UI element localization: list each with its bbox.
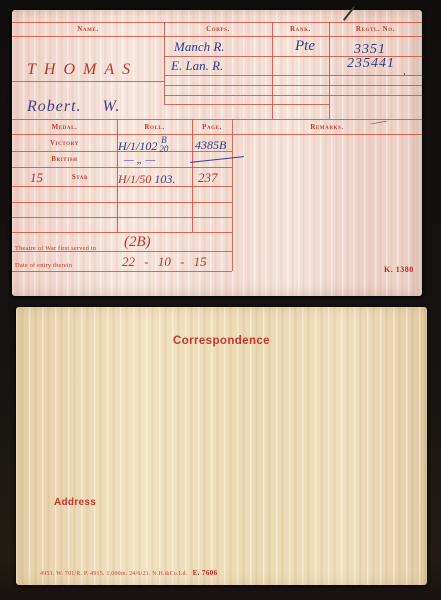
printer-imprint-code: E. 7606 bbox=[193, 569, 218, 577]
printer-imprint-text: 4951. W. 701/R. P. 4915. 1,000m. 24/6/21… bbox=[40, 571, 187, 577]
grid-line bbox=[164, 85, 422, 86]
header-medal: Medal. bbox=[12, 123, 117, 131]
medal-index-card-front: Name. Corps. Rank. Regtl. No. THOMAS Rob… bbox=[12, 10, 422, 296]
photo-of-medal-index-cards: { "front": { "col_headers": { "name": "N… bbox=[0, 0, 441, 600]
theatre-label: Theatre of War first served in bbox=[15, 245, 96, 252]
date-of-entry-value: 22 - 10 - 15 bbox=[122, 254, 207, 270]
rank-entry-1: Pte bbox=[295, 38, 315, 55]
grid-line bbox=[164, 95, 422, 96]
header-remarks: Remarks. bbox=[232, 123, 422, 131]
grid-line bbox=[192, 119, 193, 232]
header-page: Page. bbox=[192, 123, 232, 131]
medal-label-british: British bbox=[12, 156, 117, 163]
header-roll: Roll. bbox=[117, 123, 192, 131]
grid-line bbox=[12, 232, 232, 233]
regtl-no-entry-2: 235441 bbox=[347, 56, 395, 72]
corps-entry-1: Manch R. bbox=[174, 39, 225, 55]
form-ref-code: K. 1380 bbox=[384, 265, 414, 274]
header-regtl-no: Regtl. No. bbox=[329, 25, 422, 33]
header-corps: Corps. bbox=[164, 25, 272, 33]
grid-line bbox=[12, 217, 232, 218]
victory-roll-main: H/1/102 bbox=[118, 139, 157, 153]
surname-value: THOMAS bbox=[27, 61, 138, 79]
grid-line bbox=[164, 22, 165, 104]
stray-pen-tick: ’ bbox=[402, 72, 405, 83]
pen-mark bbox=[343, 6, 355, 21]
medal-label-star: Star bbox=[60, 174, 100, 181]
header-rank: Rank. bbox=[272, 25, 329, 33]
grid-line bbox=[12, 22, 422, 23]
star-roll-blue: 103. bbox=[154, 172, 175, 186]
grid-line bbox=[232, 119, 233, 271]
grid-line bbox=[12, 271, 232, 272]
forenames-value: Robert. W. bbox=[27, 98, 120, 116]
address-label: Address bbox=[54, 497, 96, 508]
british-ditto-stroke bbox=[190, 156, 244, 163]
grid-line bbox=[329, 22, 330, 119]
grid-line bbox=[12, 202, 232, 203]
correspondence-heading: Correspondence bbox=[16, 335, 427, 347]
date-of-entry-label: Date of entry therein bbox=[15, 262, 72, 269]
grid-line bbox=[164, 75, 422, 76]
grid-line bbox=[12, 36, 422, 37]
grid-line bbox=[164, 104, 329, 105]
grid-line bbox=[272, 22, 273, 119]
grid-line bbox=[12, 167, 232, 168]
grid-line bbox=[12, 81, 164, 82]
british-ditto-mark: — „ — bbox=[124, 154, 155, 166]
victory-roll-fraction: B20 bbox=[159, 136, 168, 154]
victory-roll-value: H/1/102B20 bbox=[118, 136, 168, 154]
theatre-value: (2B) bbox=[124, 234, 151, 251]
star-label-15: 15 bbox=[30, 170, 43, 186]
printer-imprint: 4951. W. 701/R. P. 4915. 1,000m. 24/6/21… bbox=[40, 569, 218, 577]
star-roll-value: H/1/50 103. bbox=[118, 172, 175, 187]
victory-roll-sub: 20 bbox=[159, 145, 168, 154]
victory-page-value: 4385B bbox=[195, 138, 226, 153]
star-page-value: 237 bbox=[198, 170, 218, 186]
medal-index-card-back: Correspondence Address 4951. W. 701/R. P… bbox=[16, 307, 427, 585]
star-roll-red: H/1/50 bbox=[118, 172, 151, 186]
corps-entry-2: E. Lan. R. bbox=[171, 58, 223, 74]
grid-line bbox=[12, 119, 422, 120]
medal-label-victory: Victory bbox=[12, 140, 117, 147]
header-name: Name. bbox=[12, 25, 164, 33]
grid-line bbox=[12, 134, 422, 135]
